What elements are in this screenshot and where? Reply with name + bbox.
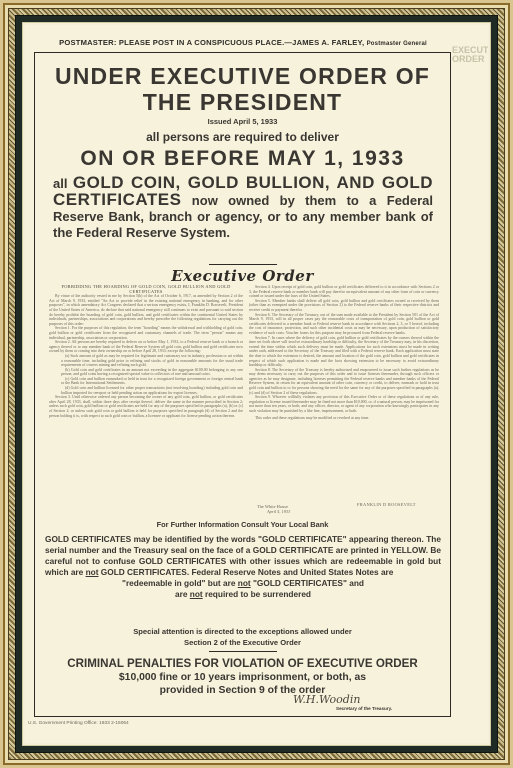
further-info: For Further Information Consult Your Loc… <box>35 520 450 529</box>
ident-p2: GOLD CERTIFICATES. Federal Reserve Notes… <box>98 567 393 577</box>
divider <box>209 264 277 265</box>
ident-p3b: "GOLD CERTIFICATES" and <box>251 578 364 588</box>
printer-line: U.S. Government Printing Office: 1933 2-… <box>28 721 129 726</box>
order-section-1: Section 1. For the purposes of this regu… <box>49 326 243 340</box>
ident-p4b: required to be surrendered <box>203 589 311 599</box>
ghost-bleedthrough-text: EXECUTIVE ORDER <box>452 30 488 730</box>
order-right-column: Section 4. Upon receipt of gold coin, go… <box>249 285 439 420</box>
identification-paragraph: GOLD CERTIFICATES may be identified by t… <box>45 534 441 600</box>
executive-order-title: Executive Order <box>35 267 450 285</box>
gold-lead: all <box>53 176 73 191</box>
notice-box: UNDER EXECUTIVE ORDER OF THE PRESIDENT I… <box>34 52 451 717</box>
ident-not2: not <box>238 578 251 588</box>
ident-not1: not <box>86 567 99 577</box>
gold-items-text: all GOLD COIN, GOLD BULLION, AND GOLD CE… <box>53 175 433 241</box>
exception-d: (d) Gold coin and bullion licensed for o… <box>49 386 243 395</box>
penalty-title: CRIMINAL PENALTIES FOR VIOLATION OF EXEC… <box>35 657 450 670</box>
penalty-line3: provided in Section 9 of the order <box>35 685 450 696</box>
order-date: April 5, 1933 <box>257 509 290 514</box>
order-closing: This order and these regulations may be … <box>249 416 439 421</box>
ident-not3: not <box>190 589 203 599</box>
order-section-8: Section 8. The Secretary of the Treasury… <box>249 368 439 396</box>
postmaster-title: Postmaster General <box>367 41 427 47</box>
order-section-3: Section 3. Until otherwise ordered any p… <box>49 395 243 418</box>
penalty-line2: $10,000 fine or 10 years imprisonment, o… <box>35 672 450 683</box>
postmaster-text: POSTMASTER: PLEASE POST IN A CONSPICUOUS… <box>59 38 367 47</box>
ghost-title: EXECUTIVE ORDER <box>452 46 488 64</box>
exception-b: (b) Gold coin and gold certificates in a… <box>49 368 243 377</box>
headline-line2: THE PRESIDENT <box>35 89 450 115</box>
special-line2: Section 2 of the Executive Order <box>35 637 450 648</box>
special-attention: Special attention is directed to the exc… <box>35 626 450 648</box>
exception-a: (a) Such amount of gold as may be requir… <box>49 354 243 368</box>
order-heading: FORBIDDING THE HOARDING OF GOLD COIN, GO… <box>49 285 243 294</box>
special-line1: Special attention is directed to the exc… <box>35 626 450 637</box>
deliver-text: all persons are required to deliver <box>35 130 450 144</box>
treasury-signature: W.H.Woodin <box>293 693 360 706</box>
treasury-title: Secretary of the Treasury. <box>336 706 392 711</box>
order-section-7: Section 7. In cases where the delivery o… <box>249 336 439 368</box>
order-section-5: Section 5. Member banks shall deliver al… <box>249 299 439 313</box>
order-section-9: Section 9. Whoever willfully violates an… <box>249 395 439 413</box>
ident-p4a: are <box>175 589 190 599</box>
order-section-4: Section 4. Upon receipt of gold coin, go… <box>249 285 439 299</box>
headline-line1: UNDER EXECUTIVE ORDER OF <box>35 63 450 89</box>
order-preamble: By virtue of the authority vested in me … <box>49 294 243 326</box>
issued-date: Issued April 5, 1933 <box>35 117 450 126</box>
deadline: ON OR BEFORE MAY 1, 1933 <box>35 147 450 171</box>
order-section-2: Section 2. All persons are hereby requir… <box>49 340 243 354</box>
white-house-place: The White House April 5, 1933 <box>257 504 290 514</box>
order-section-6: Section 6. The Secretary of the Treasury… <box>249 313 439 336</box>
postmaster-notice: POSTMASTER: PLEASE POST IN A CONSPICUOUS… <box>25 38 461 47</box>
exception-c: (c) Gold coin and bullion earmarked or h… <box>49 377 243 386</box>
president-signature: FRANKLIN D ROOSEVELT <box>357 502 416 507</box>
divider <box>209 651 277 652</box>
order-left-column: FORBIDDING THE HOARDING OF GOLD COIN, GO… <box>49 285 243 418</box>
ident-p3a: "redeemable in gold" but are <box>122 578 238 588</box>
